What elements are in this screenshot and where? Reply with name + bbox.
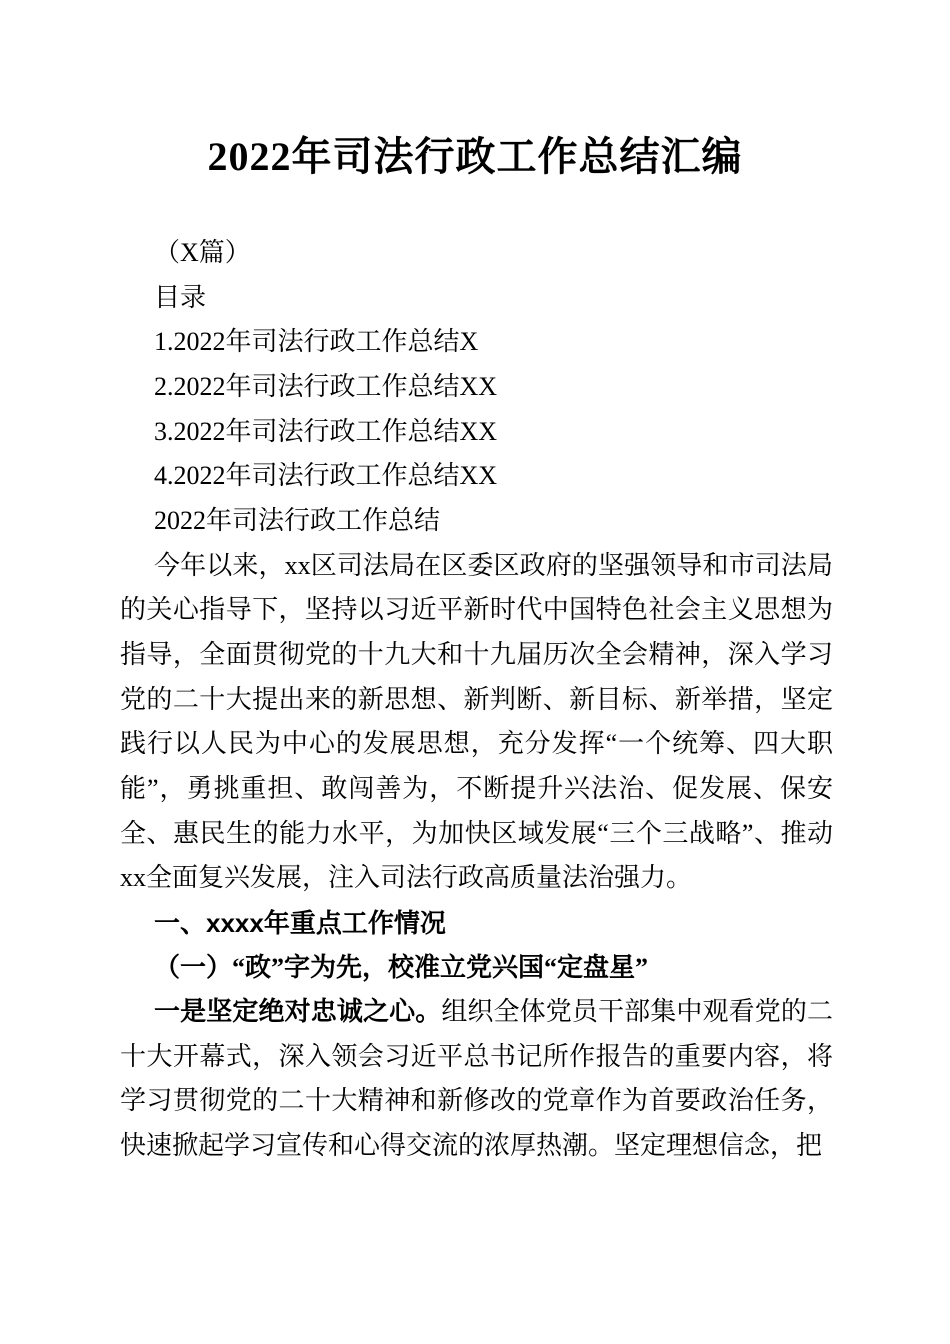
section-heading-1: 一、xxxx年重点工作情况 <box>120 901 833 946</box>
paragraph-lead: 一是坚定绝对忠诚之心。 <box>154 997 441 1026</box>
toc-item-3: 3.2022年司法行政工作总结XX <box>120 410 833 455</box>
toc-item-4: 4.2022年司法行政工作总结XX <box>120 454 833 499</box>
body-paragraph: 一是坚定绝对忠诚之心。组织全体党员干部集中观看党的二十大开幕式，深入领会习近平总… <box>120 990 833 1169</box>
intro-paragraph: 今年以来，xx区司法局在区委区政府的坚强领导和市司法局的关心指导下，坚持以习近平… <box>120 544 833 901</box>
document-body: （X篇） 目录 1.2022年司法行政工作总结X 2.2022年司法行政工作总结… <box>120 231 833 1169</box>
document-page: 2022年司法行政工作总结汇编 （X篇） 目录 1.2022年司法行政工作总结X… <box>0 0 950 1344</box>
subsection-heading-2: （一）“政”字为先，校准立党兴国“定盘星” <box>120 946 833 991</box>
section-title: 2022年司法行政工作总结 <box>120 499 833 544</box>
document-title: 2022年司法行政工作总结汇编 <box>0 0 950 180</box>
toc-heading: 目录 <box>120 276 833 321</box>
toc-item-2: 2.2022年司法行政工作总结XX <box>120 365 833 410</box>
toc-item-1: 1.2022年司法行政工作总结X <box>120 320 833 365</box>
piece-count: （X篇） <box>120 231 833 276</box>
